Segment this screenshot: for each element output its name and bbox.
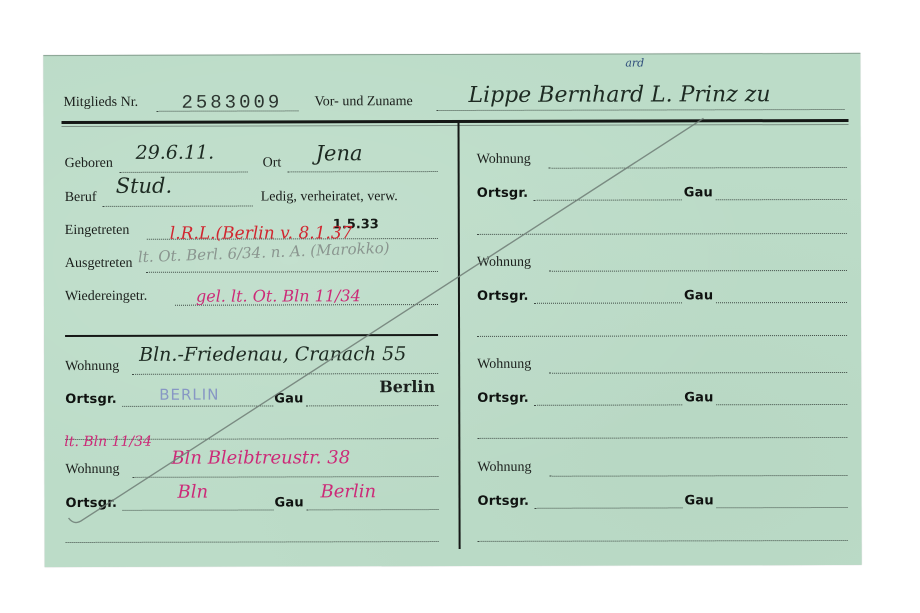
left-line [146, 271, 438, 273]
residence-value-2: Bln Bleibtreustr. 38 [171, 447, 350, 468]
pre-note-2: lt. Bln 11/34 [64, 434, 152, 450]
right-group-line-3 [534, 404, 682, 405]
right-group-label-2: Ortsgr. [477, 289, 529, 304]
right-residence-line-1 [549, 167, 847, 169]
pencil-strike-line [43, 54, 861, 567]
right-gau-line-2 [716, 302, 847, 303]
place-value: Jena [316, 141, 363, 165]
right-blank-line-4 [478, 540, 848, 542]
born-value: 29.6.11. [136, 142, 215, 164]
member-number-value: 2583009 [181, 91, 282, 113]
place-label: Ort [263, 155, 282, 171]
right-gau-line-1 [716, 199, 847, 200]
group-line-1 [122, 405, 273, 406]
gau-label-1: Gau [274, 391, 303, 406]
header-subrule [62, 124, 849, 127]
right-blank-line-3 [477, 437, 847, 439]
right-residence-line-3 [549, 372, 847, 374]
right-group-label-1: Ortsgr. [477, 186, 529, 201]
name-correction: ard [625, 56, 644, 69]
blank-line-2 [66, 541, 439, 543]
residence-label-2: Wohnung [65, 462, 119, 478]
right-residence-line-2 [549, 270, 847, 272]
right-residence-label-2: Wohnung [477, 255, 531, 271]
residence-line-2 [132, 476, 438, 478]
right-blank-line-2 [477, 335, 847, 337]
group-label-1: Ortsgr. [65, 392, 117, 407]
right-residence-label-3: Wohnung [477, 357, 531, 373]
right-group-line-4 [535, 507, 683, 508]
membership-card: Mitglieds Nr. 2583009 Vor- und Zuname Li… [43, 53, 861, 567]
right-group-line-1 [534, 199, 682, 200]
right-gau-line-3 [716, 404, 847, 405]
right-residence-label-1: Wohnung [477, 152, 531, 168]
rejoined-value: gel. lt. Ot. Bln 11/34 [196, 286, 361, 305]
right-blank-line-1 [477, 233, 847, 235]
marital-status-label: Ledig, verheiratet, verw. [261, 189, 398, 205]
occupation-label: Beruf [65, 190, 97, 206]
gau-value-1: Berlin [379, 377, 435, 396]
rejoined-label: Wiedereingetr. [65, 289, 147, 305]
right-gau-label-2: Gau [684, 288, 713, 303]
residence-line-1 [132, 373, 438, 375]
right-gau-label-1: Gau [684, 185, 713, 200]
right-group-label-3: Ortsgr. [477, 391, 529, 406]
joined-label: Eingetreten [65, 223, 130, 239]
name-value: Lippe Bernhard L. Prinz zu [468, 82, 770, 108]
gau-label-2: Gau [274, 495, 303, 510]
right-residence-line-4 [549, 475, 847, 477]
left-label: Ausgetreten [65, 256, 133, 272]
header-rule [62, 119, 849, 124]
born-label: Geboren [65, 156, 113, 172]
born-line [120, 172, 248, 173]
right-group-label-4: Ortsgr. [477, 494, 529, 509]
group-label-2: Ortsgr. [65, 496, 117, 511]
gau-value-2: Berlin [320, 481, 376, 502]
right-gau-label-4: Gau [684, 493, 713, 508]
gau-line-1 [306, 405, 438, 406]
column-divider [458, 123, 461, 549]
gau-line-2 [307, 509, 439, 510]
right-gau-line-4 [717, 507, 848, 508]
group-line-2 [123, 509, 274, 510]
group-stamp-1: BERLIN [159, 386, 219, 404]
personal-section-rule [65, 334, 438, 337]
place-line [288, 171, 438, 172]
member-number-label: Mitglieds Nr. [63, 95, 138, 111]
right-gau-label-3: Gau [684, 390, 713, 405]
residence-label-1: Wohnung [65, 359, 119, 375]
group-value-2: Bln [177, 482, 208, 503]
right-residence-label-4: Wohnung [477, 460, 531, 476]
occupation-value: Stud. [116, 174, 173, 198]
right-group-line-2 [534, 302, 682, 303]
residence-value-1: Bln.-Friedenau, Cranach 55 [139, 343, 406, 366]
occupation-line [103, 206, 253, 207]
name-line [436, 109, 844, 111]
name-label: Vor- und Zuname [314, 94, 412, 110]
